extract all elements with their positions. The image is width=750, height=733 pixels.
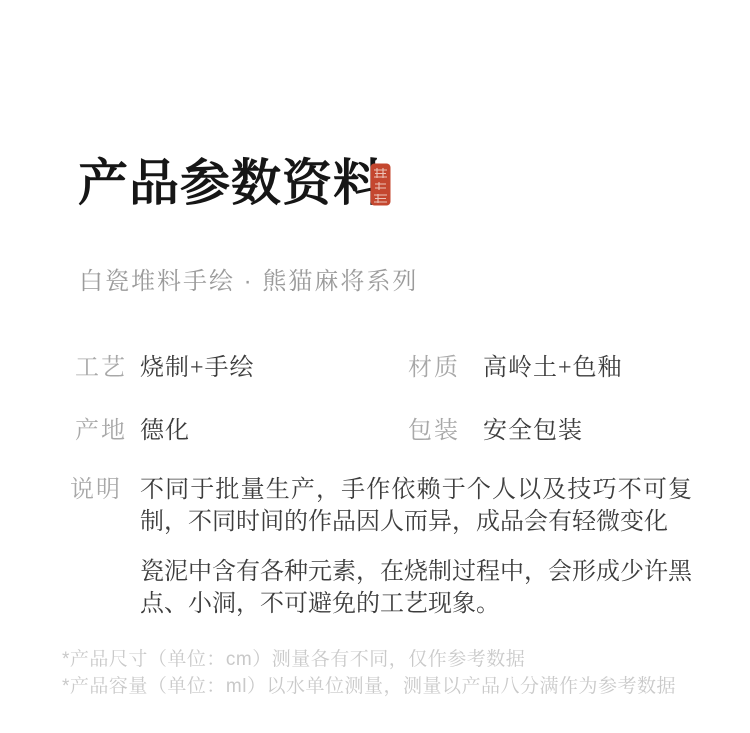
red-seal-icon (370, 163, 391, 206)
param-label-material: 材质 (408, 352, 460, 384)
description-paragraph-1: 不同于批量生产，手作依赖于个人以及技巧不可复制，不同时间的作品因人而异，成品会有… (140, 474, 692, 538)
description-paragraph-2: 瓷泥中含有各种元素，在烧制过程中，会形成少许黑点、小洞，不可避免的工艺现象。 (140, 556, 692, 620)
param-label-packaging: 包装 (408, 415, 460, 447)
param-label-craft: 工艺 (75, 352, 127, 384)
product-series-subtitle: 白瓷堆料手绘 · 熊猫麻将系列 (79, 266, 418, 298)
param-value-material: 高岭土+色釉 (483, 352, 623, 384)
product-specs-page: 产品参数资料 白瓷堆料手绘 · 熊猫麻将系列 工艺 烧制+手绘 材质 高岭土+色… (0, 0, 750, 733)
footnote-size: *产品尺寸（单位：cm）测量各有不同，仅作参考数据 (62, 646, 525, 673)
description-text: 不同于批量生产，手作依赖于个人以及技巧不可复制，不同时间的作品因人而异，成品会有… (140, 474, 692, 620)
param-label-origin: 产地 (75, 415, 127, 447)
description-label: 说明 (70, 474, 122, 506)
param-value-origin: 德化 (140, 415, 190, 447)
footnote-capacity: *产品容量（单位：ml）以水单位测量，测量以产品八分满作为参考数据 (62, 673, 676, 700)
param-value-craft: 烧制+手绘 (140, 352, 255, 384)
param-value-packaging: 安全包装 (483, 415, 583, 447)
page-title: 产品参数资料 (78, 152, 384, 214)
